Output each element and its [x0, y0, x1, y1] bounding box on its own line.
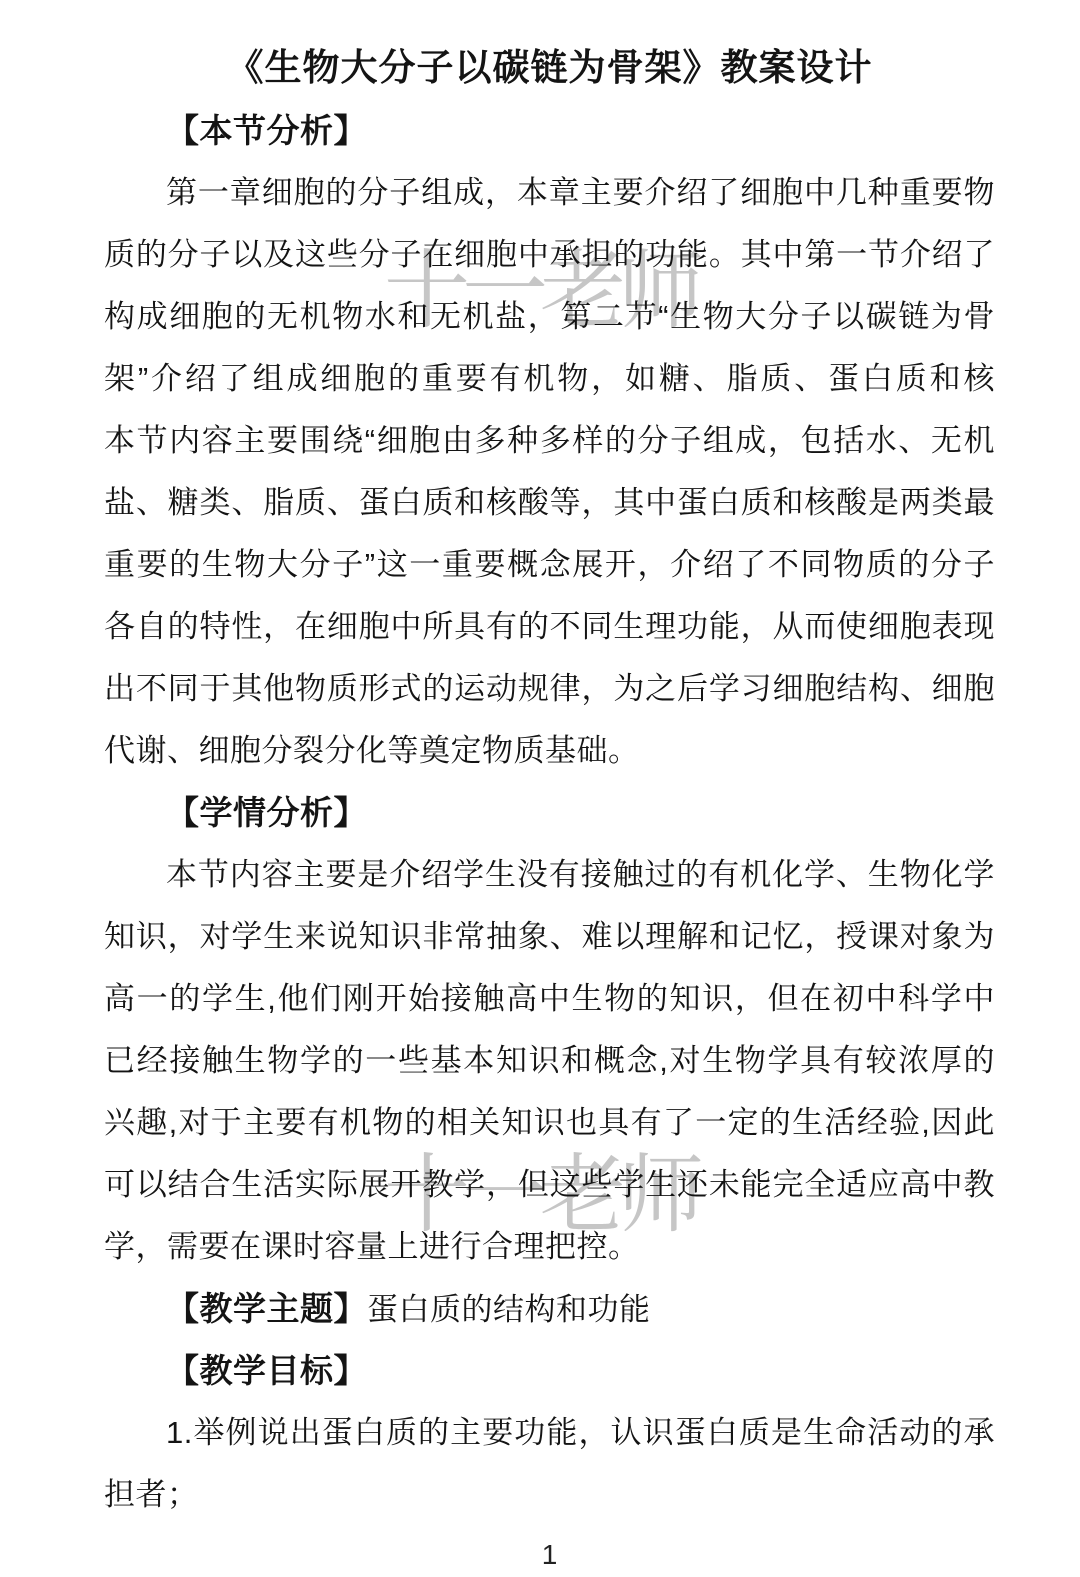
section-heading-learner: 【学情分析】: [104, 782, 995, 844]
page-number: 1: [104, 1532, 995, 1577]
section-heading-analysis: 【本节分析】: [104, 100, 995, 162]
body-line: 出不同于其他物质形式的运动规律，为之后学习细胞结构、细胞: [104, 658, 995, 720]
document-body: 《生物大分子以碳链为骨架》教案设计 【本节分析】 第一章细胞的分子组成，本章主要…: [0, 0, 1080, 1577]
document-title: 《生物大分子以碳链为骨架》教案设计: [104, 36, 995, 100]
body-line: 担者；: [104, 1464, 995, 1526]
body-line: 质的分子以及这些分子在细胞中承担的功能。其中第一节介绍了: [104, 224, 995, 286]
body-line: 构成细胞的无机物水和无机盐，第二节“生物大分子以碳链为骨: [104, 286, 995, 348]
document-page: 十一老师 十一老师 《生物大分子以碳链为骨架》教案设计 【本节分析】 第一章细胞…: [0, 0, 1080, 1577]
body-line: 各自的特性，在细胞中所具有的不同生理功能，从而使细胞表现: [104, 596, 995, 658]
body-line: 第一章细胞的分子组成，本章主要介绍了细胞中几种重要物: [104, 162, 995, 224]
body-line: 重要的生物大分子”这一重要概念展开，介绍了不同物质的分子: [104, 534, 995, 596]
teaching-topic-line: 【教学主题】蛋白质的结构和功能: [104, 1278, 995, 1340]
body-line: 高一的学生,他们刚开始接触高中生物的知识，但在初中科学中: [104, 968, 995, 1030]
body-line: 已经接触生物学的一些基本知识和概念,对生物学具有较浓厚的: [104, 1030, 995, 1092]
teaching-topic-text: 蛋白质的结构和功能: [367, 1292, 651, 1327]
body-line: 兴趣,对于主要有机物的相关知识也具有了一定的生活经验,因此: [104, 1092, 995, 1154]
body-line: 可以结合生活实际展开教学，但这些学生还未能完全适应高中教: [104, 1154, 995, 1216]
body-line: 1.举例说出蛋白质的主要功能，认识蛋白质是生命活动的承: [104, 1402, 995, 1464]
body-line: 学，需要在课时容量上进行合理把控。: [104, 1216, 995, 1278]
section-heading-goals: 【教学目标】: [104, 1340, 995, 1402]
body-line: 知识，对学生来说知识非常抽象、难以理解和记忆，授课对象为: [104, 906, 995, 968]
body-line: 本节内容主要围绕“细胞由多种多样的分子组成，包括水、无机: [104, 410, 995, 472]
body-line: 本节内容主要是介绍学生没有接触过的有机化学、生物化学: [104, 844, 995, 906]
teaching-topic-label: 【教学主题】: [166, 1290, 367, 1327]
body-line: 架”介绍了组成细胞的重要有机物，如糖、脂质、蛋白质和核酸。: [104, 348, 995, 410]
body-line: 盐、糖类、脂质、蛋白质和核酸等，其中蛋白质和核酸是两类最: [104, 472, 995, 534]
body-line: 代谢、细胞分裂分化等奠定物质基础。: [104, 720, 995, 782]
